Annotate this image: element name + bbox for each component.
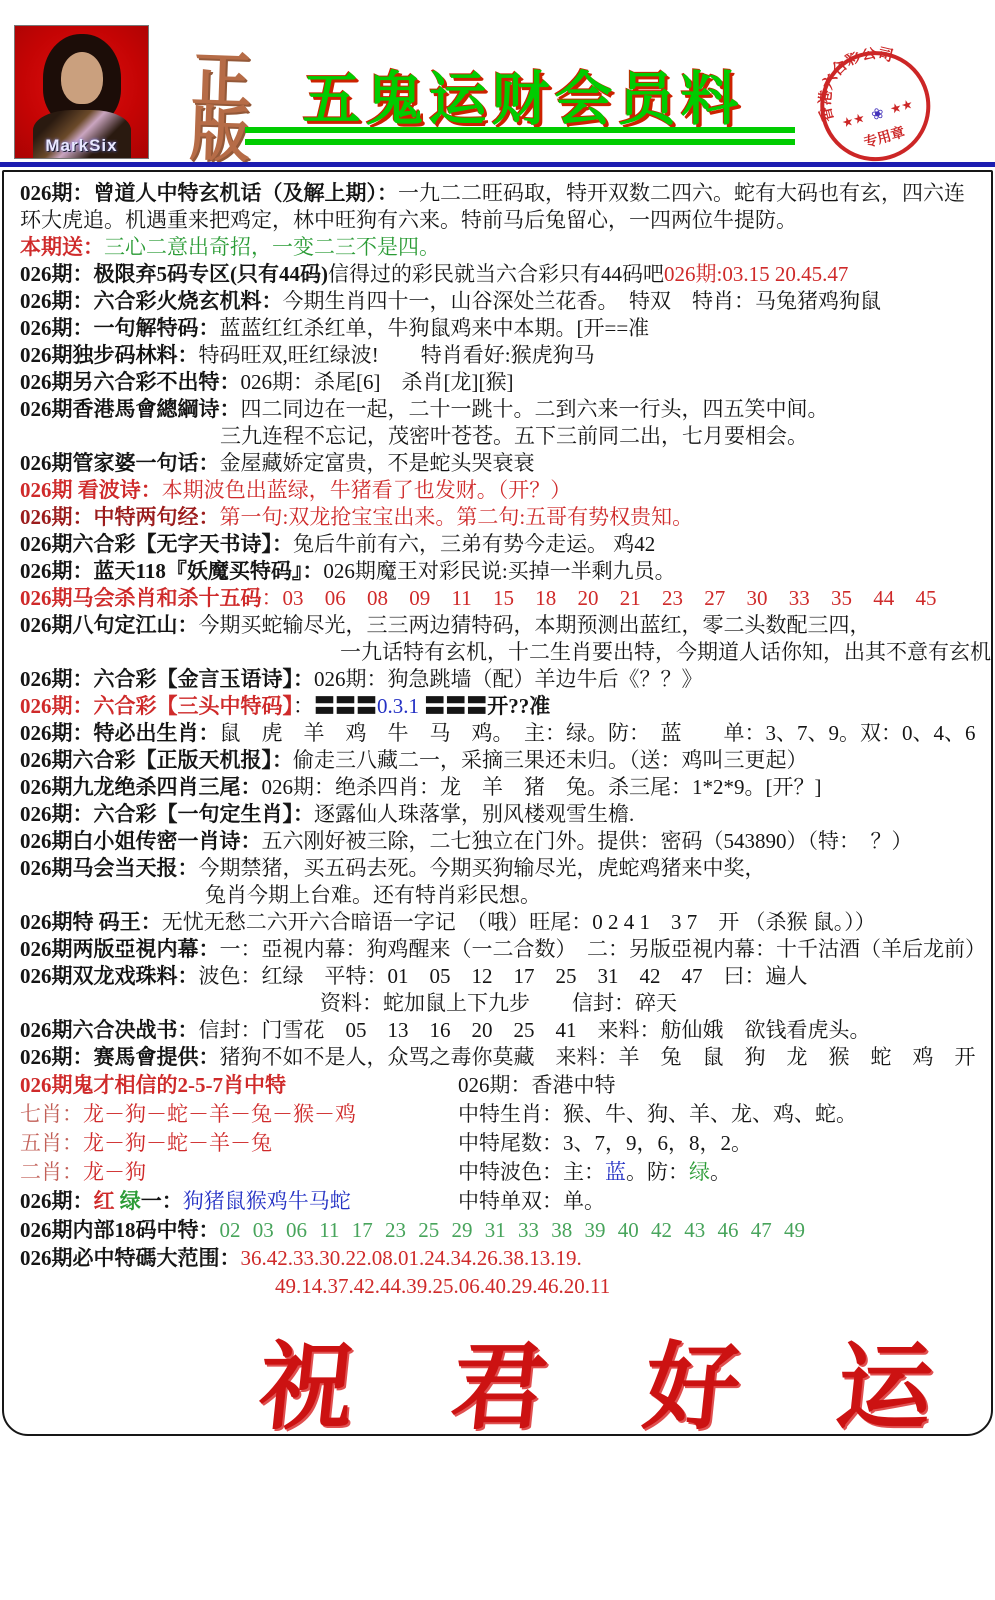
text-line: 026期内部18码中特：02 03 06 11 17 23 25 29 31 3…: [20, 1216, 987, 1244]
text-line: 026期：曾道人中特玄机话（及解上期）：一九二二旺码取，特开双数二四六。蛇有大码…: [20, 180, 987, 207]
text-segment: 五肖：: [20, 1131, 83, 1155]
text-segment: 026期两版亞視内幕：: [20, 937, 220, 961]
text-segment: 绿: [689, 1160, 710, 1184]
text-segment: 。: [710, 1160, 731, 1184]
lottery-tip-sheet: MarkSix 正版 五鬼运财会员料 香港六合彩公司 ★★ ❀ ★★ 专用章 0…: [0, 0, 995, 1600]
text-segment: 026期管家婆一句话：: [20, 451, 220, 475]
text-segment: 026期：特必出生肖：: [20, 721, 220, 745]
text-segment: 026期：一句解特码：: [20, 316, 220, 340]
text-segment: 026期特 码王：: [20, 910, 162, 934]
text-segment: 一：: [141, 1189, 183, 1213]
blessing-text: 祝 君 好 运: [13, 1312, 993, 1436]
text-segment: 环大虎追。机遇重来把鸡定，林中旺狗有六来。特前马后兔留心，一四两位牛提防。: [20, 208, 797, 232]
seal-stars-left: ★★: [840, 110, 867, 131]
text-segment: 026期六合彩【正版天机报】：: [20, 748, 293, 772]
text-segment: 蓝: [605, 1160, 626, 1184]
text-line: 026期：中特两句经：第一句:双龙抢宝宝出来。第二句:五哥有势权贵知。: [20, 504, 987, 531]
text-segment: ：: [293, 694, 314, 718]
text-line: 中特生肖：猴、牛、狗、羊、龙、鸡、蛇。: [458, 1100, 857, 1129]
text-segment: 七肖：: [20, 1102, 83, 1126]
text-segment: 026期:03.15 20.45.47: [664, 262, 848, 286]
text-segment: 一：亞視内幕：狗鸡醒来（一二合数） 二：另版亞視内幕：十千沽酒（羊后龙前）: [220, 937, 987, 961]
text-segment: 026期：: [20, 1189, 94, 1213]
header-divider: [0, 162, 995, 167]
text-segment: 特码旺双,旺红绿波! 特肖看好:猴虎狗马: [199, 343, 595, 367]
text-line: 资料：蛇加鼠上下九步 信封：碎天: [20, 990, 987, 1017]
text-line: 中特尾数：3、7，9，6，8，2。: [458, 1129, 857, 1158]
text-line: 026期六合彩【正版天机报】：偷走三八藏二一，采摘三果还未归。（送：鸡叫三更起）: [20, 747, 987, 774]
text-segment: 二肖：: [20, 1160, 83, 1184]
text-segment: 中特单双：单。: [458, 1189, 605, 1213]
text-line: 本期送：三心二意出奇招，一变二三不是四。: [20, 234, 987, 261]
text-line: 026期：赛馬會提供：猪狗不如不是人，众骂之毒你莫藏 来料：羊 兔 鼠 狗 龙 …: [20, 1044, 987, 1071]
text-segment: 026期九龙绝杀四肖三尾：: [20, 775, 262, 799]
text-segment: 026期：杀尾[6] 杀肖[龙][猴]: [241, 370, 514, 394]
text-line: 026期：香港中特: [458, 1071, 857, 1100]
text-segment: 鼠 虎 羊 鸡 牛 马 鸡。 主：绿。防： 蓝 单：3、7、9。双：0、4、6: [220, 721, 976, 745]
text-segment: 本期波色出蓝绿，牛猪看了也发财。（开？）: [162, 478, 572, 502]
text-segment: 逐露仙人珠落掌，别风楼观雪生檐.: [314, 802, 634, 826]
text-segment: 026期：赛馬會提供：: [20, 1045, 220, 1069]
text-segment: 龙－狗－蛇－羊－兔: [83, 1131, 272, 1155]
text-segment: 026期：六合彩【金言玉语诗】：: [20, 667, 314, 691]
text-segment: 无忧无愁二六开六合暗语一字记 （哦）旺尾：0 2 4 1 3 7 开 （杀猴 鼠…: [162, 910, 876, 934]
title-underline: [245, 139, 795, 145]
text-segment: 026期六合彩【无字天书诗】：: [20, 532, 293, 556]
text-segment: 〓〓〓: [314, 694, 377, 718]
title-underline: [245, 127, 795, 133]
text-line: 环大虎追。机遇重来把鸡定，林中旺狗有六来。特前马后兔留心，一四两位牛提防。: [20, 207, 987, 234]
text-segment: 兔肖今期上台难。还有特肖彩民想。: [205, 883, 541, 907]
two-column-section: 026期鬼才相信的2-5-7肖中特七肖：龙－狗－蛇－羊－兔－猴－鸡五肖：龙－狗－…: [20, 1071, 987, 1216]
text-segment: 龙－狗－蛇－羊－兔－猴－鸡: [83, 1102, 356, 1126]
text-segment: 第一句:双龙抢宝宝出来。第二句:五哥有势权贵知。: [220, 505, 694, 529]
text-segment: 兔后牛前有六，三弟有势今走运。 鸡42: [293, 532, 655, 556]
text-segment: 红: [94, 1189, 120, 1213]
host-photo: MarkSix: [14, 25, 149, 159]
hongkong-zhongte-column: 026期：香港中特中特生肖：猴、牛、狗、羊、龙、鸡、蛇。中特尾数：3、7，9，6…: [458, 1071, 857, 1216]
text-line: 026期另六合彩不出特：026期：杀尾[6] 杀肖[龙][猴]: [20, 369, 987, 396]
text-line: 026期鬼才相信的2-5-7肖中特: [20, 1071, 458, 1100]
text-line: 026期：极限弃5码专区(只有44码)信得过的彩民就当六合彩只有44码吧026期…: [20, 261, 987, 288]
text-segment: 蓝蓝红红杀红单，牛狗鼠鸡来中本期。[开==准: [220, 316, 650, 340]
text-line: 026期：蓝天118『妖魔买特码』：026期魔王对彩民说:买掉一半剩九员。: [20, 558, 987, 585]
text-segment: 今期生肖四十一，山谷深处兰花香。 特双 特肖：马兔猪鸡狗鼠: [283, 289, 882, 313]
text-line: 026期马会当天报：今期禁猪，买五码去死。今期买狗输尽光，虎蛇鸡猪来中奖，: [20, 855, 987, 882]
text-segment: 资料：蛇加鼠上下九步 信封：碎天: [320, 991, 677, 1015]
text-segment: 026期鬼才相信的2-5-7肖中特: [20, 1073, 286, 1097]
text-line: 026期必中特碼大范围：36.42.33.30.22.08.01.24.34.2…: [20, 1244, 987, 1272]
text-segment: 偷走三八藏二一，采摘三果还未归。（送：鸡叫三更起）: [293, 748, 808, 772]
company-seal: 香港六合彩公司 ★★ ❀ ★★ 专用章: [804, 34, 949, 182]
text-line: 五肖：龙－狗－蛇－羊－兔: [20, 1129, 458, 1158]
text-segment: 026期：狗急跳墙（配）羊边牛后《？？》: [314, 667, 703, 691]
page-title: 五鬼运财会员料: [243, 52, 803, 136]
text-segment: 五六刚好被三除，二七独立在门外。提供：密码（543890）（特： ？）: [262, 829, 913, 853]
text-segment: 三九连程不忘记，茂密叶苍苍。五下三前同二出，七月要相会。: [220, 424, 808, 448]
text-segment: 四二同边在一起，二十一跳十。二到六来一行头，四五笑中间。: [241, 397, 829, 421]
text-segment: 026期必中特碼大范围：: [20, 1246, 241, 1270]
text-segment: 龙－狗: [83, 1160, 146, 1184]
text-segment: 绿: [120, 1189, 141, 1213]
text-line: 二肖：龙－狗: [20, 1158, 458, 1187]
photo-caption: MarkSix: [15, 136, 148, 156]
seal-stars-right: ★★: [888, 96, 915, 117]
text-line: 026期六合彩【无字天书诗】：兔后牛前有六，三弟有势今走运。 鸡42: [20, 531, 987, 558]
text-segment: 03 06 08 09 11 15 18 20 21 23 27 30 33 3…: [283, 586, 937, 610]
text-line: 兔肖今期上台难。还有特肖彩民想。: [20, 882, 987, 909]
photo-face: [61, 52, 103, 104]
text-segment: 0.3.1: [377, 694, 419, 718]
text-segment: 一九话特有玄机，十二生肖要出特，今期道人话你知，出其不意有玄机。: [340, 640, 993, 664]
text-line: 026期：六合彩【三头中特码】：〓〓〓0.3.1 〓〓〓开??准: [20, 693, 987, 720]
text-line: 49.14.37.42.44.39.25.06.40.29.46.20.11: [20, 1272, 987, 1300]
bottom-lines: 026期内部18码中特：02 03 06 11 17 23 25 29 31 3…: [20, 1216, 987, 1300]
text-segment: 中特尾数：3、7，9，6，8，2。: [458, 1131, 752, 1155]
text-line: 026期独步码林料：特码旺双,旺红绿波! 特肖看好:猴虎狗马: [20, 342, 987, 369]
text-line: 026期两版亞視内幕：一：亞視内幕：狗鸡醒来（一二合数） 二：另版亞視内幕：十千…: [20, 936, 987, 963]
text-line: 026期六合决战书：信封：门雪花 05 13 16 20 25 41 来料：舫仙…: [20, 1017, 987, 1044]
seal-flower-icon: ❀: [870, 105, 887, 124]
text-segment: 今期买蛇输尽光，三三两边猜特码，本期预测出蓝红，零二头数配三四，: [199, 613, 871, 637]
text-segment: 中特生肖：猴、牛、狗、羊、龙、鸡、蛇。: [458, 1102, 857, 1126]
seal-bottom-text: 专用章: [862, 123, 907, 151]
text-segment: 三心二意出奇招，一变二三不是四。: [104, 235, 440, 259]
text-line: 026期：红 绿一：狗猪鼠猴鸡牛马蛇: [20, 1187, 458, 1216]
text-line: 三九连程不忘记，茂密叶苍苍。五下三前同二出，七月要相会。: [20, 423, 987, 450]
text-segment: 金屋藏娇定富贵，不是蛇头哭衰衰: [220, 451, 535, 475]
text-line: 026期双龙戏珠料：波色：红绿 平特：01 05 12 17 25 31 42 …: [20, 963, 987, 990]
text-segment: 026期：六合彩【一句定生肖】：: [20, 802, 314, 826]
text-segment: 49.14.37.42.44.39.25.06.40.29.46.20.11: [275, 1274, 610, 1298]
text-line: 026期：六合彩【金言玉语诗】：026期：狗急跳墙（配）羊边牛后《？？》: [20, 666, 987, 693]
text-segment: 026期香港馬會總綱诗：: [20, 397, 241, 421]
text-line: 中特单双：单。: [458, 1187, 857, 1216]
text-segment: 026期：六合彩火烧玄机料：: [20, 289, 283, 313]
text-segment: 猪狗不如不是人，众骂之毒你莫藏 来料：羊 兔 鼠 狗 龙 猴 蛇 鸡 开: [220, 1045, 976, 1069]
text-line: 026期香港馬會總綱诗：四二同边在一起，二十一跳十。二到六来一行头，四五笑中间。: [20, 396, 987, 423]
edition-mark: 正版: [174, 47, 248, 157]
text-segment: 026期：绝杀四肖：龙 羊 猪 兔。杀三尾：1*2*9。[开？]: [262, 775, 822, 799]
text-segment: ：: [262, 586, 283, 610]
text-segment: 02 03 06 11 17 23 25 29 31 33 38 39 40 4…: [220, 1218, 805, 1242]
text-segment: 026期白小姐传密一肖诗：: [20, 829, 262, 853]
text-segment: 026期 看波诗：: [20, 478, 162, 502]
text-segment: 波色：红绿 平特：01 05 12 17 25 31 42 47 曰：遍人: [199, 964, 808, 988]
text-line: 026期：一句解特码：蓝蓝红红杀红单，牛狗鼠鸡来中本期。[开==准: [20, 315, 987, 342]
text-segment: 026期六合决战书：: [20, 1018, 199, 1042]
content-box: 026期：曾道人中特玄机话（及解上期）：一九二二旺码取，特开双数二四六。蛇有大码…: [2, 170, 993, 1436]
text-segment: 026期马会当天报：: [20, 856, 199, 880]
text-segment: 026期双龙戏珠料：: [20, 964, 199, 988]
text-segment: 026期另六合彩不出特：: [20, 370, 241, 394]
text-line: 026期白小姐传密一肖诗：五六刚好被三除，二七独立在门外。提供：密码（54389…: [20, 828, 987, 855]
text-line: 七肖：龙－狗－蛇－羊－兔－猴－鸡: [20, 1100, 458, 1129]
text-segment: 026期八句定江山：: [20, 613, 199, 637]
body-lines: 026期：曾道人中特玄机话（及解上期）：一九二二旺码取，特开双数二四六。蛇有大码…: [20, 180, 987, 1071]
text-segment: 026期独步码林料：: [20, 343, 199, 367]
text-line: 026期马会杀肖和杀十五码：03 06 08 09 11 15 18 20 21…: [20, 585, 987, 612]
text-segment: 信得过的彩民就当六合彩只有44码吧: [328, 262, 664, 286]
text-segment: 今期禁猪，买五码去死。今期买狗输尽光，虎蛇鸡猪来中奖，: [199, 856, 766, 880]
text-segment: 。防：: [626, 1160, 689, 1184]
text-line: 026期：六合彩【一句定生肖】：逐露仙人珠落掌，别风楼观雪生檐.: [20, 801, 987, 828]
text-segment: 开??准: [487, 694, 550, 718]
text-segment: 〓〓〓: [419, 694, 487, 718]
text-segment: 026期：香港中特: [458, 1073, 616, 1097]
text-segment: 026期：曾道人中特玄机话（及解上期）：: [20, 181, 398, 205]
text-segment: 中特波色：主：: [458, 1160, 605, 1184]
text-segment: 026期马会杀肖和杀十五码: [20, 586, 262, 610]
text-segment: 026期魔王对彩民说:买掉一半剩九员。: [323, 559, 675, 583]
text-segment: 一九二二旺码取，特开双数二四六。蛇有大码也有玄，四六连: [398, 181, 965, 205]
text-segment: 本期送：: [20, 235, 104, 259]
text-line: 中特波色：主：蓝。防：绿。: [458, 1158, 857, 1187]
text-segment: 36.42.33.30.22.08.01.24.34.26.38.13.19.: [241, 1246, 582, 1270]
zodiac-picks-column: 026期鬼才相信的2-5-7肖中特七肖：龙－狗－蛇－羊－兔－猴－鸡五肖：龙－狗－…: [20, 1071, 458, 1216]
text-line: 026期管家婆一句话：金屋藏娇定富贵，不是蛇头哭衰衰: [20, 450, 987, 477]
text-line: 026期：六合彩火烧玄机料：今期生肖四十一，山谷深处兰花香。 特双 特肖：马兔猪…: [20, 288, 987, 315]
text-segment: 信封：门雪花 05 13 16 20 25 41 来料：舫仙娥 欲钱看虎头。: [199, 1018, 871, 1042]
text-segment: 狗猪鼠猴鸡牛马蛇: [183, 1189, 351, 1213]
text-segment: 026期：蓝天118『妖魔买特码』：: [20, 559, 323, 583]
text-line: 026期八句定江山：今期买蛇输尽光，三三两边猜特码，本期预测出蓝红，零二头数配三…: [20, 612, 987, 639]
text-line: 026期 看波诗：本期波色出蓝绿，牛猪看了也发财。（开？）: [20, 477, 987, 504]
text-segment: 026期：六合彩【三头中特码】: [20, 694, 293, 718]
text-line: 026期：特必出生肖：鼠 虎 羊 鸡 牛 马 鸡。 主：绿。防： 蓝 单：3、7…: [20, 720, 987, 747]
text-segment: 026期：中特两句经：: [20, 505, 220, 529]
text-segment: 026期内部18码中特：: [20, 1218, 220, 1242]
text-line: 026期九龙绝杀四肖三尾：026期：绝杀四肖：龙 羊 猪 兔。杀三尾：1*2*9…: [20, 774, 987, 801]
text-line: 026期特 码王：无忧无愁二六开六合暗语一字记 （哦）旺尾：0 2 4 1 3 …: [20, 909, 987, 936]
text-line: 一九话特有玄机，十二生肖要出特，今期道人话你知，出其不意有玄机。: [20, 639, 987, 666]
text-segment: 026期：极限弃5码专区(只有44码): [20, 262, 328, 286]
